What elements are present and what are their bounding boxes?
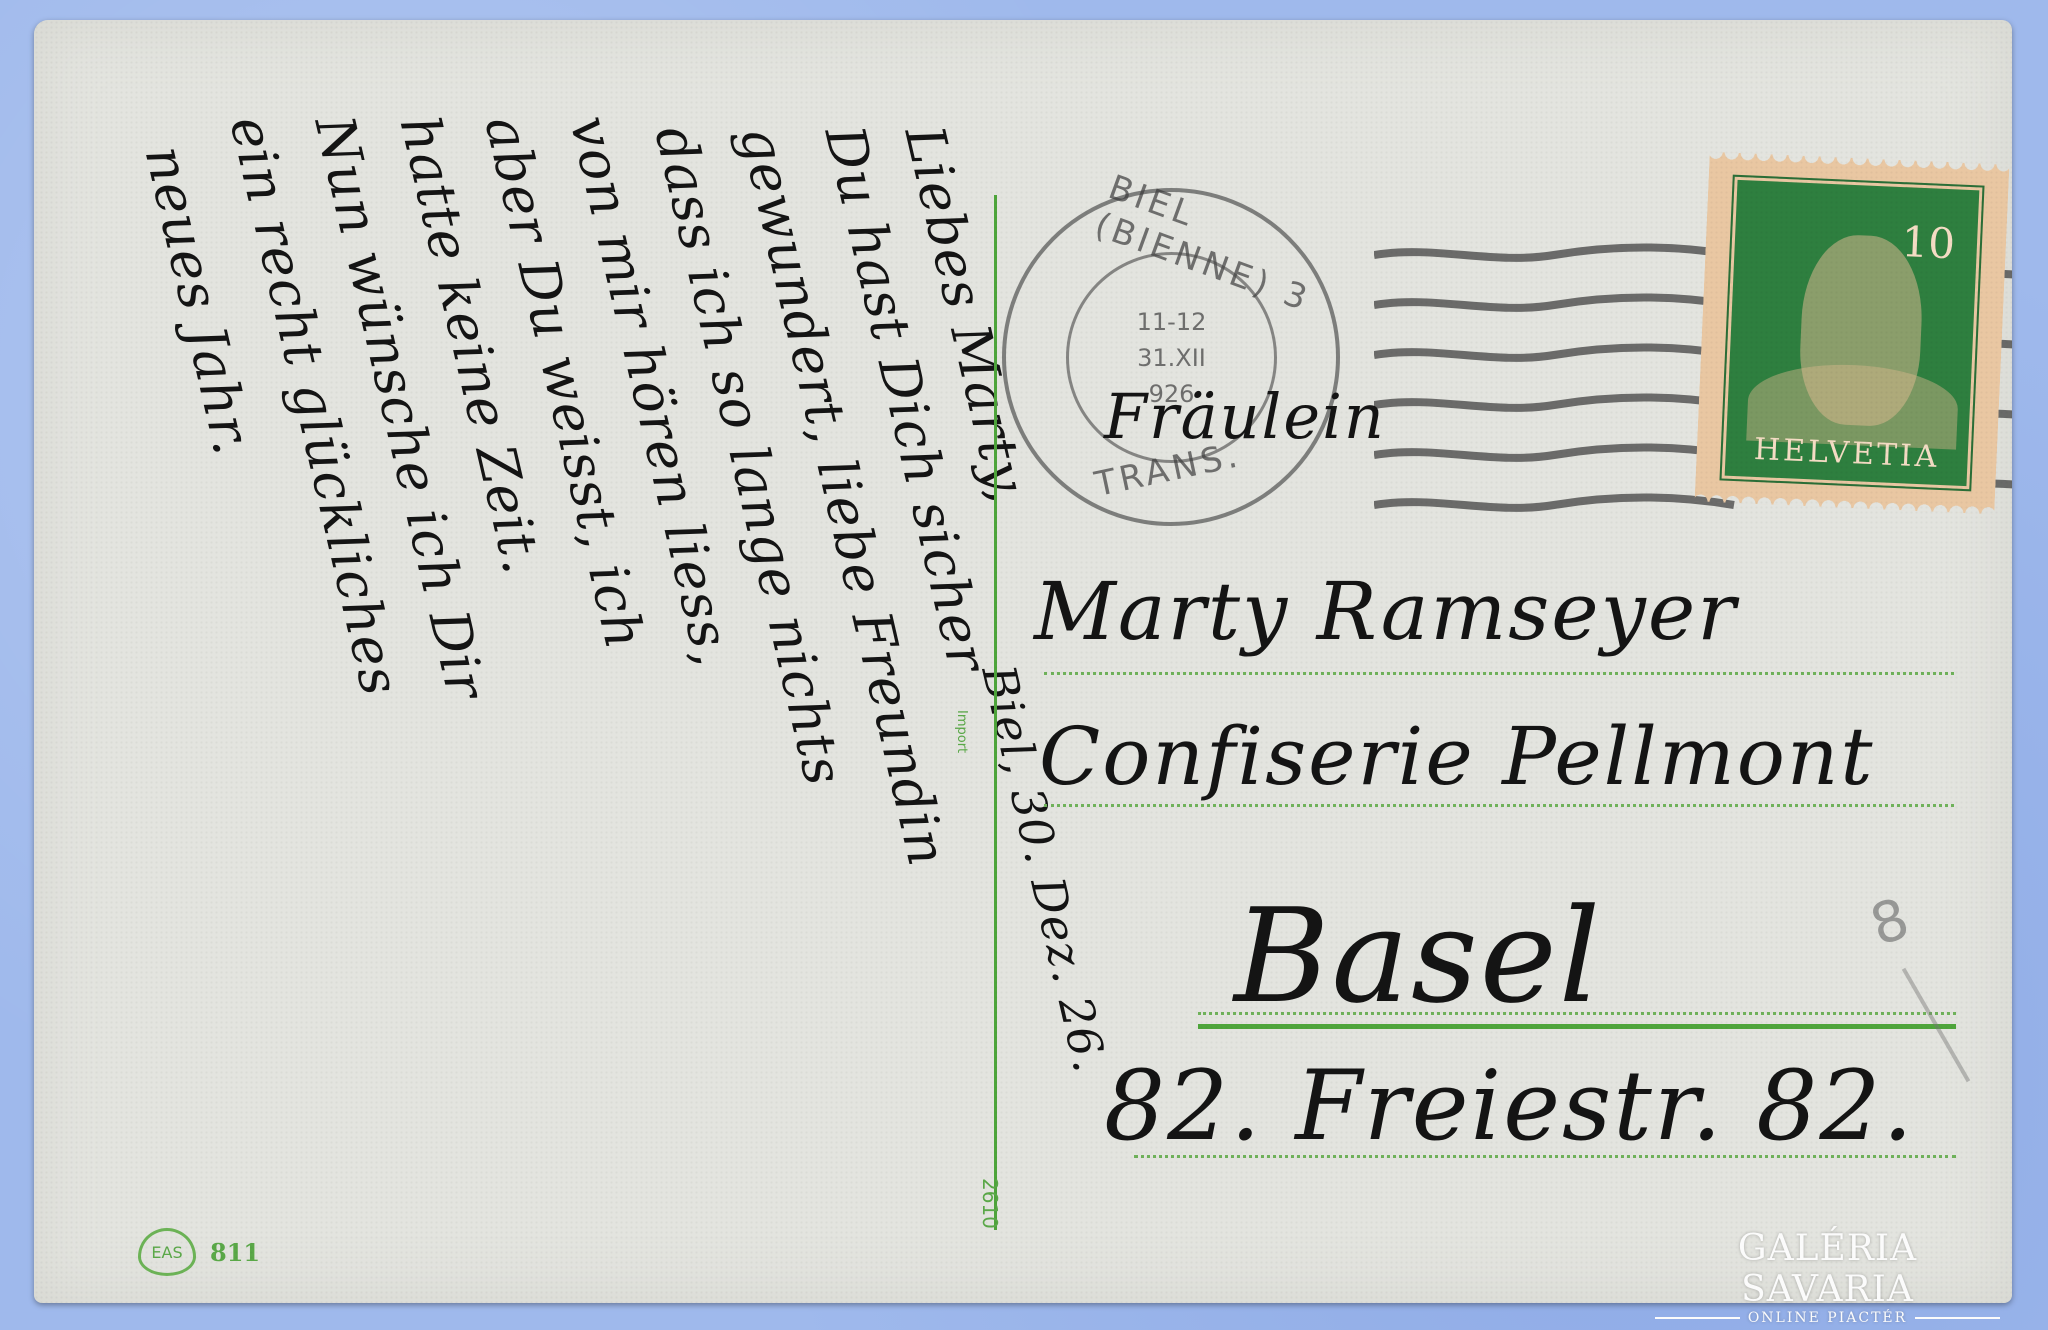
watermark-title: GALÉRIA SAVARIA bbox=[1655, 1228, 2000, 1310]
address-line-4 bbox=[1134, 1155, 1956, 1158]
postmark-date: 31.XII bbox=[1137, 340, 1206, 376]
address-street: 82. Freiestr. 82. bbox=[1104, 1050, 1915, 1162]
publisher-code: 811 bbox=[210, 1238, 260, 1267]
address-line-3-underline bbox=[1198, 1024, 1956, 1029]
address-city: Basel bbox=[1234, 880, 1602, 1032]
address-line-1 bbox=[1044, 672, 1954, 675]
serial-number: 2610 bbox=[978, 1178, 1002, 1229]
imprint-label: Import bbox=[954, 710, 969, 753]
address-firm: Confiserie Pellmont bbox=[1039, 710, 1875, 803]
stamp-value: 10 bbox=[1901, 217, 1957, 268]
postcard: Liebes Marty, Du hast Dich sicher gewund… bbox=[34, 20, 2012, 1303]
watermark-subtitle-text: ONLINE PIACTÉR bbox=[1748, 1310, 1907, 1326]
address-name: Marty Ramseyer bbox=[1034, 565, 1737, 658]
postmark: BIEL (BIENNE) 3 11-12 31.XII 926 TRANS. bbox=[1002, 188, 1340, 526]
publisher-mark: EAS 811 bbox=[138, 1228, 260, 1276]
pencil-note: 8 bbox=[1863, 886, 1917, 959]
stamp-face: 10 HELVETIA bbox=[1722, 177, 1983, 490]
address-salutation: Fräulein bbox=[1104, 380, 1386, 453]
center-divider bbox=[994, 195, 997, 1230]
address-line-2 bbox=[1044, 804, 1954, 807]
watermark: GALÉRIA SAVARIA ONLINE PIACTÉR bbox=[1655, 1228, 2000, 1326]
address-line-3 bbox=[1198, 1012, 1956, 1015]
postage-stamp: 10 HELVETIA bbox=[1695, 152, 2010, 515]
heart-logo-icon: EAS bbox=[138, 1228, 196, 1276]
watermark-subtitle: ONLINE PIACTÉR bbox=[1655, 1310, 2000, 1326]
postmark-time: 11-12 bbox=[1137, 304, 1207, 340]
handwritten-message: Liebes Marty, Du hast Dich sicher gewund… bbox=[74, 80, 994, 1280]
